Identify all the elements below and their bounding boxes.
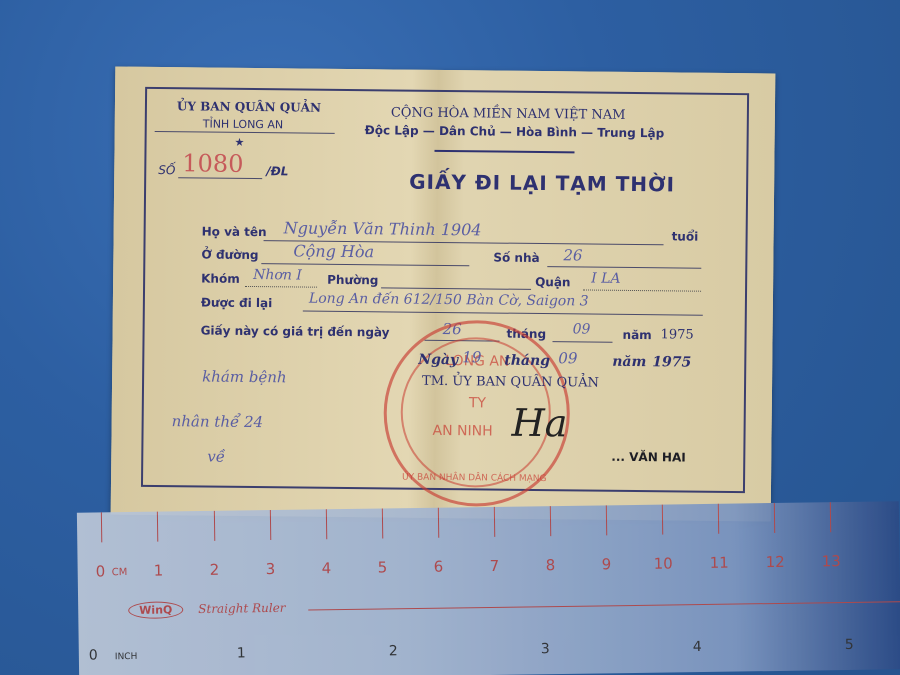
cm-mark-12: 12 (765, 553, 784, 571)
cm-mark-3: 3 (266, 560, 276, 578)
date-year: 1975 (652, 354, 691, 370)
straight-ruler: 0 CM 1 2 3 4 5 6 7 8 9 10 11 12 13 WinQ … (77, 501, 900, 675)
date-day-label: Ngày (418, 352, 458, 368)
valid-year: 1975 (661, 327, 694, 342)
cm-unit-label: CM (112, 567, 128, 578)
district-label: Quận (535, 275, 571, 289)
name-label: Họ và tên (202, 224, 267, 239)
ward-label: Phường (327, 273, 378, 288)
valid-year-label: năm (623, 328, 652, 342)
house-label: Số nhà (493, 251, 539, 265)
inch-mark-4: 4 (693, 639, 702, 655)
travel-label: Được đi lại (201, 295, 272, 310)
inch-mark-1: 1 (237, 645, 246, 661)
signatory-name: ... VĂN HAI (611, 450, 686, 465)
margin-note-line-2: nhân thể 24 (172, 412, 264, 431)
cm-mark-5: 5 (378, 558, 388, 576)
cm-mark-4: 4 (322, 559, 332, 577)
cm-mark-13: 13 (821, 552, 840, 570)
inch-mark-3: 3 (541, 641, 550, 657)
cm-mark-1: 1 (154, 562, 164, 580)
date-year-label: năm (612, 354, 646, 370)
house-value: 26 (563, 246, 582, 264)
valid-month: 09 (573, 321, 591, 337)
stamp-text-bottom: AN NINH (432, 423, 492, 440)
cm-mark-7: 7 (490, 557, 500, 575)
star-icon: ★ (235, 136, 245, 149)
cm-mark-8: 8 (546, 556, 556, 574)
ruler-brand-logo: WinQ (128, 601, 183, 619)
stamp-text-mid: TY (469, 395, 486, 411)
ruler-label: Straight Ruler (198, 601, 285, 616)
ruler-red-line (308, 601, 900, 610)
date-month: 09 (558, 349, 577, 367)
issuer-line-2: TỈNH LONG AN (203, 117, 283, 131)
district-value: I LA (591, 271, 621, 287)
date-day: 19 (462, 348, 481, 366)
travel-value: Long An đến 612/150 Bàn Cờ, Saigon 3 (309, 291, 589, 310)
travel-permit-document: ỦY BAN QUÂN QUẢN TỈNH LONG AN ★ SỐ 1080 … (111, 67, 776, 522)
number-suffix: /ĐL (266, 164, 288, 178)
street-value: Cộng Hòa (293, 241, 374, 261)
inch-mark-0: 0 (89, 647, 98, 663)
cm-mark-10: 10 (654, 554, 673, 572)
date-month-label: tháng (504, 353, 550, 369)
cm-mark-9: 9 (602, 555, 612, 573)
cm-mark-2: 2 (210, 561, 220, 579)
margin-note-line-3: về (207, 448, 225, 466)
name-value: Nguyễn Văn Thinh 1904 (284, 218, 482, 239)
document-title: GIẤY ĐI LẠI TẠM THỜI (409, 170, 675, 197)
valid-label: Giấy này có giá trị đến ngày (201, 323, 390, 339)
serial-number: 1080 (182, 149, 243, 178)
street-label: Ở đường (201, 247, 258, 262)
number-label: SỐ (158, 163, 175, 177)
republic-name: CỘNG HÒA MIỀN NAM VIỆT NAM (391, 105, 626, 122)
cm-mark-0: 0 (96, 562, 106, 580)
margin-note-line-1: khám bệnh (202, 367, 287, 386)
inch-mark-5: 5 (845, 637, 854, 653)
khom-value: Nhơn I (253, 267, 302, 284)
cm-mark-11: 11 (710, 554, 729, 572)
signature: Ha (511, 401, 567, 446)
khom-label: Khóm (201, 271, 240, 285)
inch-unit-label: INCH (115, 652, 138, 662)
issuer-line-1: ỦY BAN QUÂN QUẢN (177, 99, 321, 115)
signatory-title: TM. ỦY BAN QUÂN QUẢN (422, 374, 599, 391)
age-label: tuổi (672, 229, 699, 243)
stamp-outer-text: ỦY BAN NHÂN DÂN CÁCH MẠNG (402, 473, 547, 485)
inch-mark-2: 2 (389, 643, 398, 659)
cm-mark-6: 6 (434, 558, 444, 576)
